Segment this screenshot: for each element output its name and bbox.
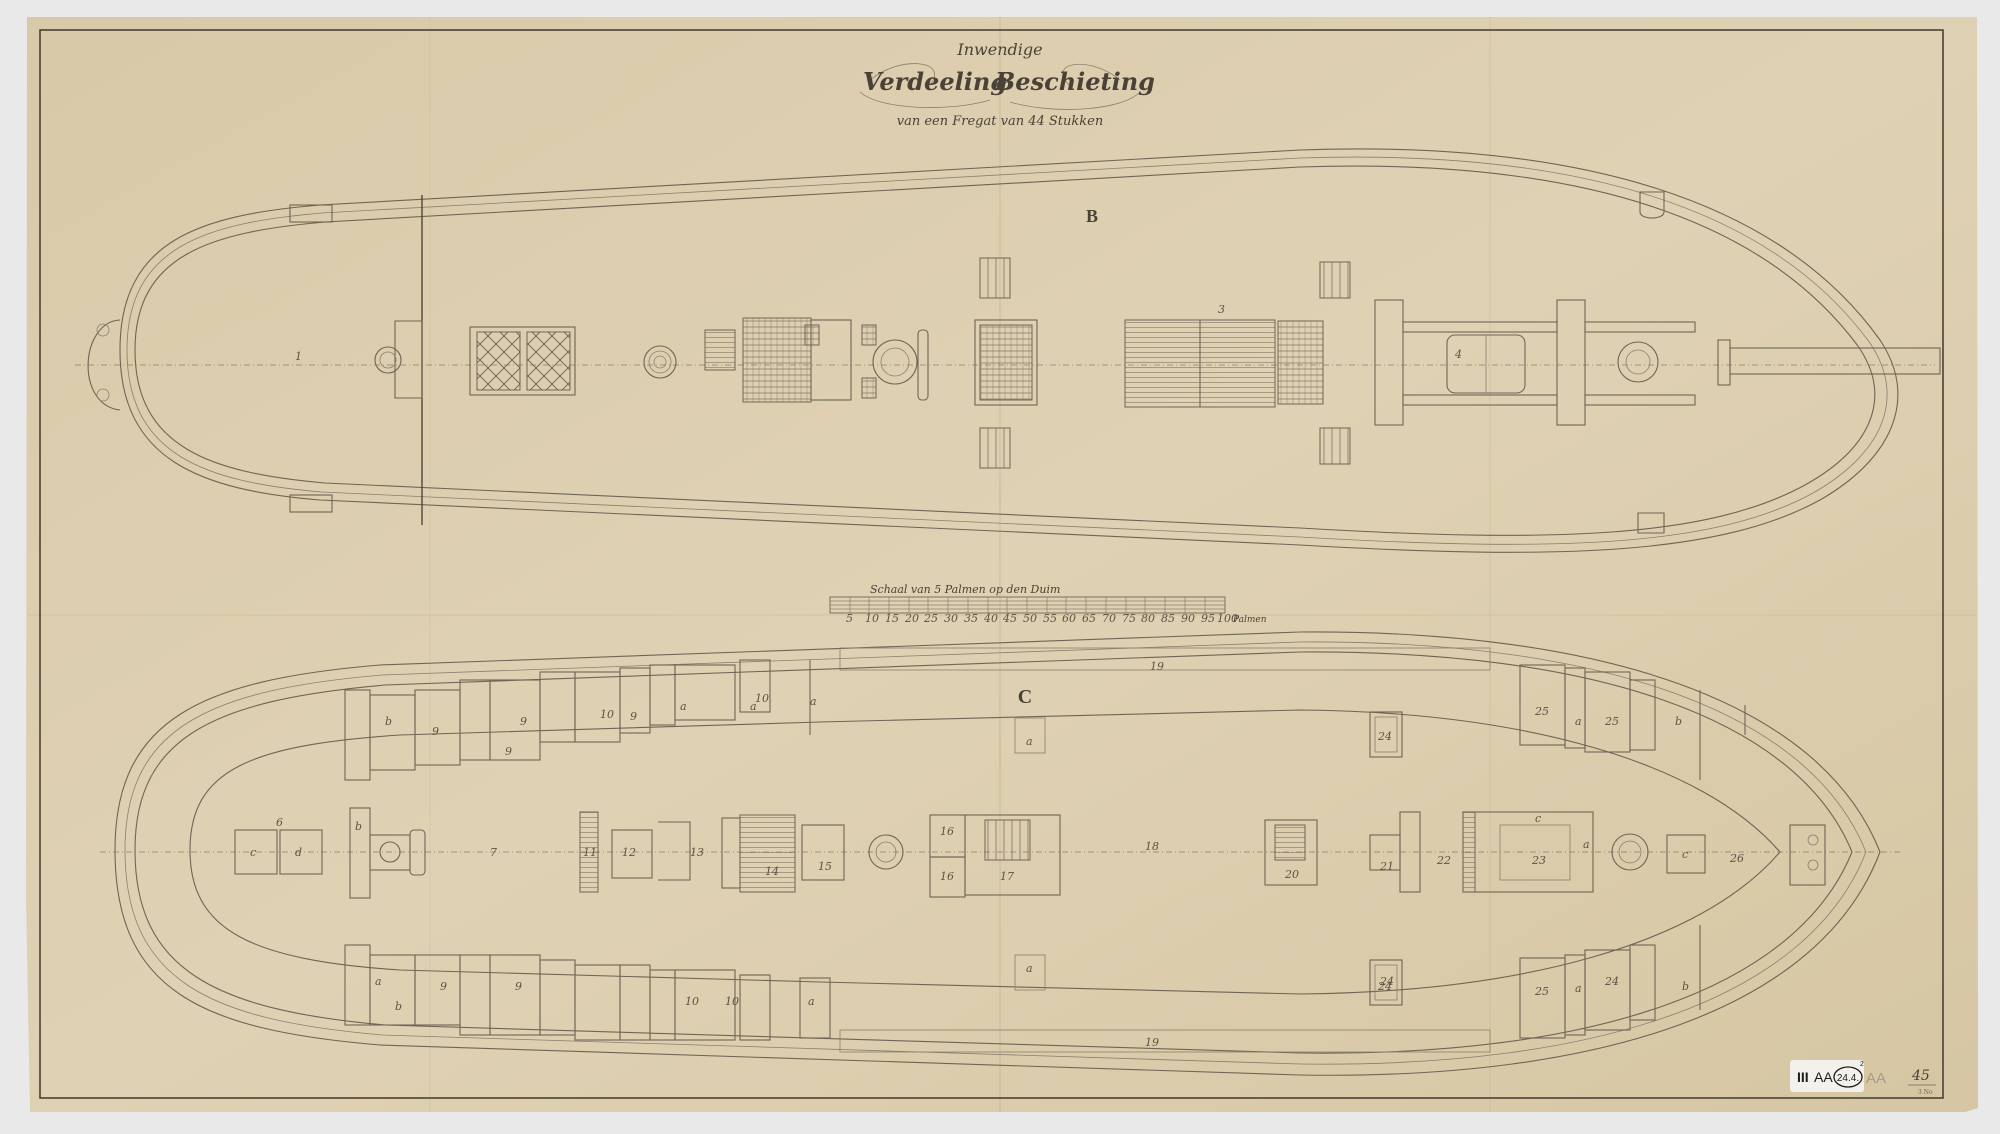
centerline-label: 14	[765, 865, 779, 878]
archive-series: III	[1797, 1069, 1809, 1085]
cabin-label: 10	[725, 995, 739, 1008]
scale-tick: 35	[964, 612, 978, 625]
centerline-label: c	[1682, 848, 1688, 861]
archive-stamp: AA	[1866, 1070, 1886, 1087]
cabin-label: 9	[505, 745, 512, 758]
hatch-label: 24	[1377, 730, 1392, 743]
centerline-label: c	[1535, 812, 1541, 825]
scale-tick: 30	[944, 612, 958, 625]
centerline-label: 7	[490, 846, 497, 859]
title-line3: van een Fregat van 44 Stukken	[897, 114, 1103, 129]
scale-tick: 55	[1043, 612, 1057, 625]
scale-tick: 5	[846, 612, 853, 625]
scale-tick: 85	[1161, 612, 1175, 625]
scale-tick: 75	[1122, 612, 1136, 625]
cabin-label: 9	[630, 710, 637, 723]
scale-unit: Palmen	[1232, 615, 1267, 625]
centerline-label: 13	[690, 846, 704, 859]
scale-caption: Schaal van 5 Palmen op den Duim	[870, 583, 1060, 596]
cabin-label: 9	[515, 980, 522, 993]
cabin-label: 9	[432, 725, 439, 738]
scale-tick: 95	[1201, 612, 1215, 625]
svg-text:4: 4	[1454, 348, 1462, 361]
scale-tick: 60	[1062, 612, 1076, 625]
centerline-label: 18	[1145, 840, 1159, 853]
scale-tick: 50	[1023, 612, 1037, 625]
archive-folio: 45	[1911, 1068, 1930, 1084]
paper	[26, 17, 1978, 1112]
cabin-label: b	[1682, 980, 1689, 993]
centerline-label: 22	[1436, 854, 1451, 867]
scale-tick: 20	[904, 612, 919, 625]
centerline-label: d	[295, 846, 302, 859]
ship-plan-sheet: Inwendige Verdeeling en Beschieting van …	[0, 0, 2000, 1134]
scale-tick: 80	[1141, 612, 1155, 625]
scale-tick: 70	[1102, 612, 1116, 625]
cabin-label: 19	[1145, 1036, 1159, 1049]
hatch-label: a	[1026, 735, 1033, 748]
scale-tick: 25	[923, 612, 938, 625]
scale-tick: 65	[1082, 612, 1096, 625]
cabin-label: 25	[1534, 705, 1549, 718]
cabin-label: b	[1675, 715, 1682, 728]
centerline-label: c	[250, 846, 256, 859]
cabin-label: 10	[685, 995, 699, 1008]
cabin-label: 25	[1604, 715, 1619, 728]
svg-text:1: 1	[295, 350, 302, 363]
centerline-label: 15	[818, 860, 832, 873]
archive-number: 24.4.	[1837, 1073, 1859, 1084]
svg-text:3: 3	[1218, 303, 1225, 316]
centerline-label: 21	[1379, 860, 1394, 873]
cabin-label: a	[810, 695, 817, 708]
cabin-label: a	[680, 700, 687, 713]
upper-plan-letter: B	[1086, 206, 1098, 226]
cabin-label: b	[385, 715, 392, 728]
cabin-label: b	[395, 1000, 402, 1013]
archive-folio-sub: 3 No	[1918, 1089, 1933, 1096]
archive-superscript: 2	[1860, 1061, 1864, 1068]
hatch-label: a	[1026, 962, 1033, 975]
cabin-label: a	[808, 995, 815, 1008]
cabin-label: 25	[1534, 985, 1549, 998]
scale-tick: 40	[983, 612, 998, 625]
centerline-label: b	[355, 820, 362, 833]
title-word-a: Verdeeling	[863, 67, 1007, 96]
cabin-label: 9	[440, 980, 447, 993]
hatch-label: 24	[1377, 980, 1392, 993]
centerline-label: a	[1583, 838, 1590, 851]
cabin-label: a	[1575, 982, 1582, 995]
title-word-b: Beschieting	[994, 67, 1155, 96]
centerline-label: 17	[1000, 870, 1014, 883]
cabin-label: 19	[1150, 660, 1164, 673]
lower-plan-letter: C	[1018, 686, 1032, 708]
cabin-label: a	[375, 975, 382, 988]
title-line1: Inwendige	[956, 40, 1042, 59]
centerline-label: 12	[622, 846, 636, 859]
cabin-label: 9	[520, 715, 527, 728]
scale-tick: 10	[865, 612, 879, 625]
centerline-label: 16	[940, 870, 954, 883]
centerline-label: 11	[583, 846, 597, 859]
centerline-label: 23	[1531, 854, 1546, 867]
cabin-label: a	[1575, 715, 1582, 728]
cabin-label: 10	[600, 708, 614, 721]
centerline-label: 16	[940, 825, 954, 838]
centerline-label: 26	[1729, 852, 1744, 865]
centerline-label: 6	[276, 816, 283, 829]
scale-tick: 45	[1002, 612, 1017, 625]
archive-code: AA	[1814, 1069, 1833, 1085]
scale-tick: 15	[885, 612, 899, 625]
centerline-label: 20	[1284, 868, 1299, 881]
cabin-label: 24	[1604, 975, 1619, 988]
cabin-label: 10	[755, 692, 769, 705]
scale-tick: 90	[1181, 612, 1195, 625]
